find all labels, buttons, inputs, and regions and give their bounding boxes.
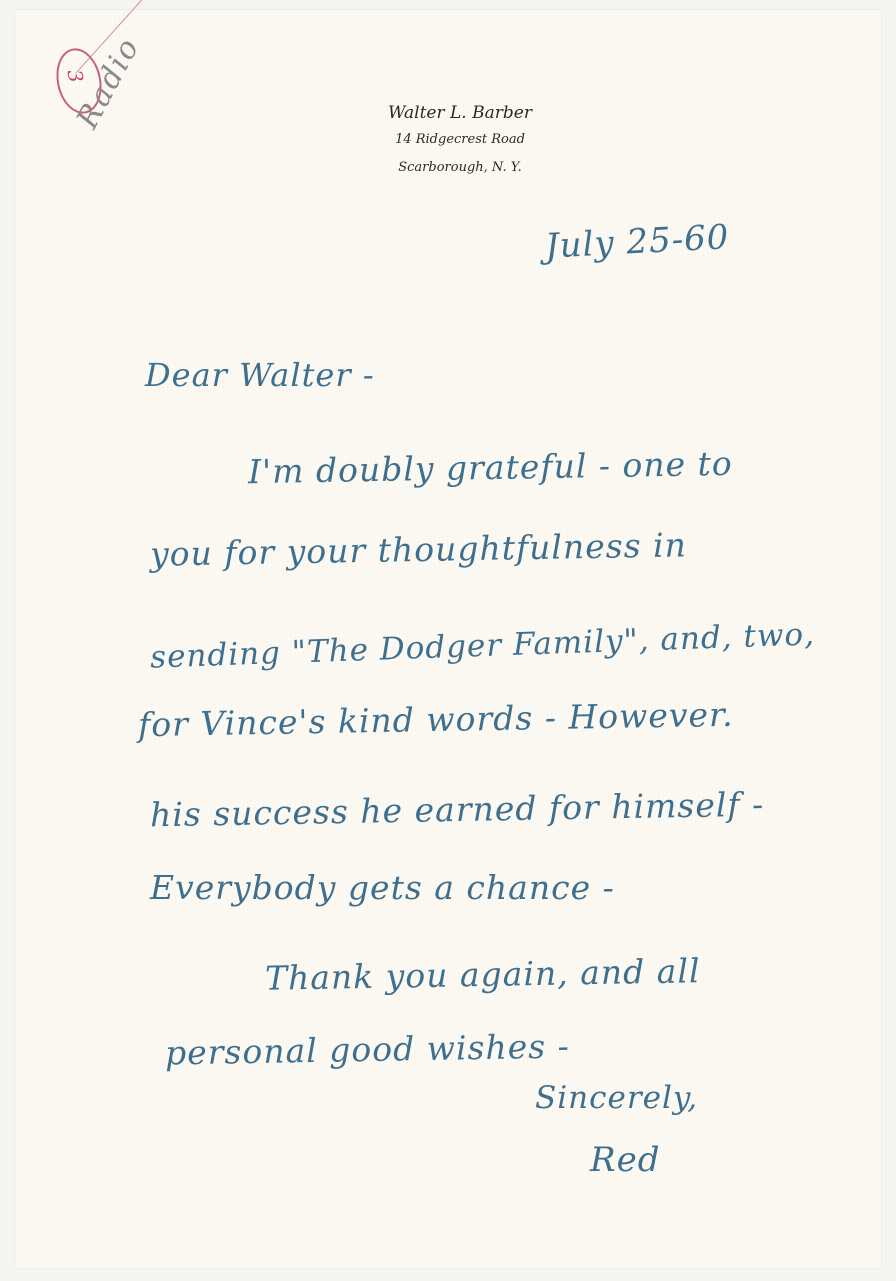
closing: Sincerely, xyxy=(535,1080,698,1116)
body-line-8: personal good wishes - xyxy=(165,1026,570,1072)
signature: Red xyxy=(590,1140,661,1180)
letterhead: Walter L. Barber 14 Ridgecrest Road Scar… xyxy=(340,100,580,182)
letterhead-name: Walter L. Barber xyxy=(340,100,580,126)
body-line-6: Everybody gets a chance - xyxy=(150,868,615,907)
salutation: Dear Walter - xyxy=(145,356,375,394)
body-line-7: Thank you again, and all xyxy=(265,951,701,998)
letterhead-address-line2: Scarborough, N. Y. xyxy=(340,154,580,182)
letterhead-address-line1: 14 Ridgecrest Road xyxy=(340,126,580,154)
